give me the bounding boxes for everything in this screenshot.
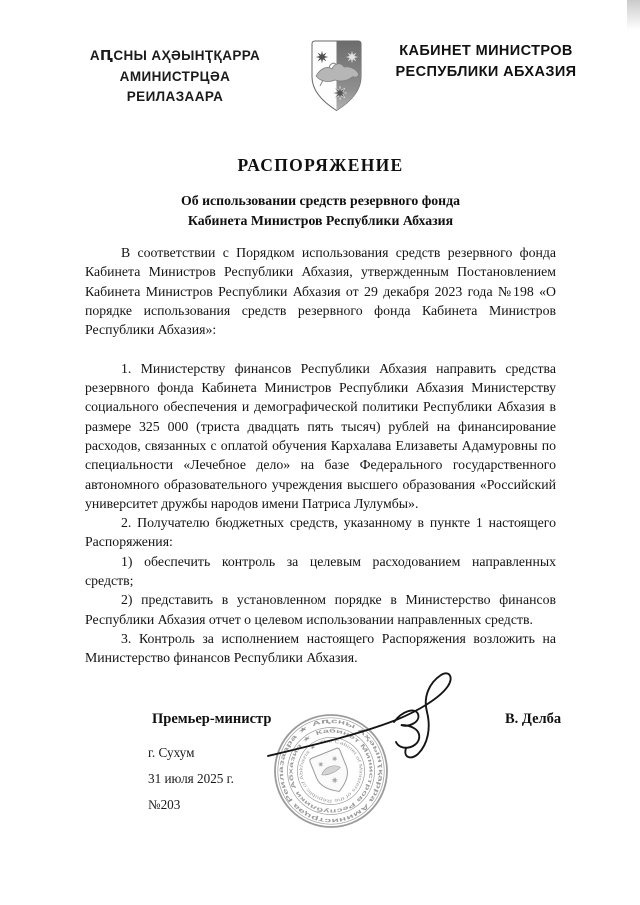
header-russian-line2: РЕСПУБЛИКИ АБХАЗИЯ [386, 62, 586, 83]
city-label: г. Сухум [148, 745, 194, 761]
header-abkhaz-line1: АԤСНЫ АҲӘЫНҬҚАРРА [75, 46, 275, 67]
document-title: РАСПОРЯЖЕНИЕ [85, 155, 556, 176]
header-abkhaz-line2: АМИНИСТРЦӘА РЕИЛАЗААРА [75, 67, 275, 108]
document-number-label: №203 [148, 797, 180, 813]
header-abkhaz-text: АԤСНЫ АҲӘЫНҬҚАРРА АМИНИСТРЦӘА РЕИЛАЗААРА [75, 46, 275, 108]
header-russian-text: КАБИНЕТ МИНИСТРОВ РЕСПУБЛИКИ АБХАЗИЯ [386, 41, 586, 82]
document-page: АԤСНЫ АҲӘЫНҬҚАРРА АМИНИСТРЦӘА РЕИЛАЗААРА… [0, 0, 640, 905]
signature-icon [258, 660, 463, 765]
body-paragraph: 1. Министерству финансов Республики Абха… [85, 359, 556, 513]
body-paragraph: 2. Получателю бюджетных средств, указанн… [85, 513, 556, 552]
date-label: 31 июля 2025 г. [148, 771, 234, 787]
subtitle-line2: Кабинета Министров Республики Абхазия [85, 211, 556, 231]
subtitle-line1: Об использовании средств резервного фонд… [85, 191, 556, 211]
signer-name-label: В. Делба [505, 711, 561, 728]
signer-role-label: Премьер-министр [152, 711, 271, 728]
scan-edge-shadow [627, 0, 640, 30]
header-russian-line1: КАБИНЕТ МИНИСТРОВ [386, 41, 586, 62]
body-paragraph: 1) обеспечить контроль за целевым расход… [85, 552, 556, 591]
document-body: В соответствии с Порядком использования … [85, 243, 556, 668]
coat-of-arms-icon [308, 39, 365, 113]
document-subtitle: Об использовании средств резервного фонд… [85, 191, 556, 230]
body-paragraph: В соответствии с Порядком использования … [85, 243, 556, 339]
body-paragraph: 2) представить в установленном порядке в… [85, 590, 556, 629]
